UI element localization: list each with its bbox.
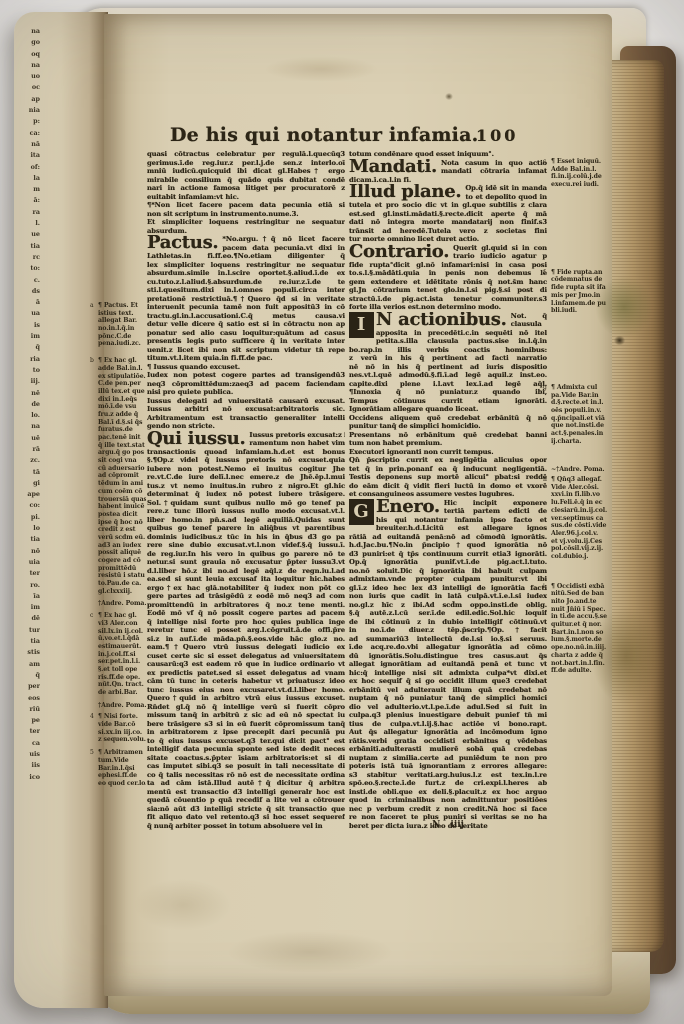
fragment-line: tā bbox=[22, 467, 40, 478]
text-block: Qui iussu.Iussus pretoris excusat:z iura… bbox=[147, 431, 345, 831]
section-heading: Illud plane. bbox=[349, 184, 465, 200]
text-line-content: §.¶Op.z videl q̄ iussus pretoris nō excu… bbox=[147, 456, 345, 464]
text-column-right: etotum condēnare quod esset iniquum°.Man… bbox=[349, 150, 547, 830]
margin-note-line: ff.de adulte. bbox=[551, 667, 615, 675]
text-line: q̄ intellige nisi forte pro hoc quies pu… bbox=[147, 618, 345, 627]
text-line-content: erbānitī.adulterasti mulierē sobā quā cr… bbox=[349, 745, 547, 753]
fragment-line: uo bbox=[22, 71, 40, 82]
text-line-content: co q̄ talis necessitas rō nō est de nece… bbox=[147, 771, 345, 779]
text-line: no.gl.z hīc z ibi.Ad scd̄m oppo.insti.de… bbox=[349, 601, 547, 610]
fragment-line: īa bbox=[22, 591, 40, 602]
margin-note-line: lum.§.morte.de bbox=[551, 636, 615, 644]
text-line: Hic incipit exponere bbox=[444, 499, 547, 508]
text-line: bere trāsigere s3 si in eū fuerit cōprom… bbox=[147, 720, 345, 729]
fragment-line: na bbox=[22, 60, 40, 71]
text-line: cuset certe sic si esset delegatus ad vn… bbox=[147, 652, 345, 661]
text-line: nari in actione famosa litiget per procu… bbox=[147, 184, 345, 193]
text-line: rātis.verbi gratia occidisti erbānitus q… bbox=[349, 737, 547, 746]
text-line: pretationē restrictiuā.¶†Quero q̄d si in… bbox=[147, 295, 345, 304]
text-line: stractū.ī.de pig.act.ista tenetur commun… bbox=[349, 295, 547, 304]
text-line: nec p verbum credit z non credit.Nā hoc … bbox=[349, 805, 547, 814]
fragment-line: to bbox=[22, 365, 40, 376]
text-line-content: neq3 cōpromittēdum:zaeq3 ad pacem facien… bbox=[147, 380, 345, 388]
text-line-content: tus.z vt nemo inuitus.in rubro z nigro.E… bbox=[147, 482, 345, 490]
text-line-content: no.gl.z hīc z ibi.Ad scd̄m oppo.insti.de… bbox=[349, 601, 547, 609]
text-line-content: Testis deponens sup mortē alicui° pbat:s… bbox=[349, 473, 547, 481]
text-line-content: insti.de obli.que ex deli.§.placuit.z ex… bbox=[349, 788, 547, 796]
text-line-content: in arbitratorem z ipse precepit dari pec… bbox=[147, 728, 345, 736]
text-line-content: to et depolito quod in bbox=[465, 193, 547, 201]
text-line: Not. q̄ bbox=[511, 312, 547, 321]
text-line-content: to.s.l.§.mādāti.quia in penis non debemu… bbox=[349, 269, 547, 277]
text-line-content: tertiā partem edicti de bbox=[444, 507, 547, 515]
text-line-content: rere sine dubio excusat.vt.l.non videf.§… bbox=[147, 541, 345, 549]
fragment-line: tur bbox=[22, 625, 40, 636]
text-line: forte illa verios est.non determino modo… bbox=[349, 303, 547, 312]
text-line: de ibi cōtinuū z in dubio intelligif cōt… bbox=[349, 618, 547, 627]
text-line: rere.z tunc illorū iussus nullo modo exc… bbox=[147, 507, 345, 516]
fragment-line: nā bbox=[22, 139, 40, 150]
text-line: q̄ nunq̄ arbiter posset in totum absolue… bbox=[147, 822, 345, 831]
text-line-content: tunc iussus eius non excusaret.vt.d.l.li… bbox=[147, 686, 345, 694]
text-line-content: gere partes ad trāsigēdū z eodē mō neq3 … bbox=[147, 592, 345, 600]
text-line: rere sine dubio excusat.vt.l.non videf.§… bbox=[147, 541, 345, 550]
text-line-content: ergo†ex hac glā.notabiliter q̄ iudex non… bbox=[147, 584, 345, 592]
text-line: allegat ignorātiam ad euitandā penā et t… bbox=[349, 660, 547, 669]
text-line: ramentum non habet vim bbox=[249, 439, 345, 448]
text-line-content: Sol.†quidam sunt quibus nullo mō go tene… bbox=[147, 499, 345, 507]
margin-note-line: ¶ Ex hac gl. bbox=[98, 612, 146, 620]
fragment-line: la bbox=[22, 173, 40, 184]
fragment-line: pi. bbox=[22, 512, 40, 523]
text-line-content: sia:nō aūt d3 intelligi stricte q̄ sit t… bbox=[147, 805, 345, 813]
fragment-line: zc. bbox=[22, 455, 40, 466]
text-line: mandati cōtraria infamat bbox=[441, 167, 547, 176]
text-line: tur morte omnino licet duret actio. bbox=[349, 235, 547, 244]
text-line: Presentans nō erbānitum quē credebat ban… bbox=[349, 431, 547, 440]
text-line-content: Presentans nō erbānitum quē credebat ban… bbox=[349, 431, 547, 439]
text-line-content: gl.Jn cōtrarium tenet glo.in.l.si pig.§.… bbox=[349, 286, 547, 294]
margin-note-line: execu.rei iudi. bbox=[551, 181, 615, 189]
fragment-line: uia bbox=[22, 557, 40, 568]
fragment-line: q̄ bbox=[22, 670, 40, 681]
margin-note-line: z sequen.volu.ij. bbox=[98, 736, 146, 744]
margin-note-line: q̄ ille text.stat bbox=[98, 442, 146, 450]
text-line: trario iudicio agatur p bbox=[453, 252, 547, 261]
text-line: ceam.¶†Quero vtrū iussus delegati iudici… bbox=[147, 643, 345, 652]
section-heading: Pactus. bbox=[147, 235, 222, 251]
fragment-line: lo. bbox=[22, 410, 40, 421]
text-line-content: nuptam z similia.certe ad puniēdum te no… bbox=[349, 754, 547, 762]
fragment-line: gi bbox=[22, 478, 40, 489]
margin-note-line: eo quod cer.lo. bbox=[98, 780, 146, 788]
text-line-content: bere trāsigere s3 si in eū fuerit cōprom… bbox=[147, 720, 345, 728]
text-line-content: lex simpliciter loquens restringitur ne … bbox=[147, 261, 345, 269]
margin-note-line: sil.lx.in ij.col. bbox=[98, 628, 146, 636]
text-line-content: absurdum.simile in.l.scire oportet.§.ali… bbox=[147, 269, 345, 277]
fragment-line: nō bbox=[22, 546, 40, 557]
margin-note-line: ope.no.nū.in.iiij. bbox=[551, 644, 615, 652]
text-block: quasi cōtractus celebratur per regulā.l.… bbox=[147, 150, 345, 235]
text-line: bergo†ex hac glā.notabiliter q̄ iudex no… bbox=[147, 584, 345, 593]
text-line: rātiā ad euitandā penā:nō ad cōmodū igno… bbox=[349, 533, 547, 542]
text-line-content: quasi cōtractus celebratur per regulā.l.… bbox=[147, 150, 345, 158]
text-line-content: q̄ nunq̄ arbiter posset in totum absolue… bbox=[147, 822, 322, 830]
text-line-content: ad summariū3 intellectū de.l.si io.§.si … bbox=[349, 635, 547, 643]
text-line: nes.vt.l.quē admodū.§.fi.ī.ad legē aquil… bbox=[349, 371, 547, 380]
margin-note-line: sit cogi vna bbox=[98, 457, 146, 465]
text-line-content: forte illa verios est.non determino modo… bbox=[349, 303, 501, 311]
text-line-content: mirabile consilium q̄ quādo quis dubitat… bbox=[147, 176, 345, 184]
fragment-line: uis bbox=[22, 749, 40, 760]
margin-note-line: gl.clxxxiij. bbox=[98, 588, 146, 596]
text-line-content: no.nō soluit.Dic q̄ ignorātia ibi habuit… bbox=[349, 567, 547, 575]
text-line: dū ignorātis.Solu.distingue tres casus.a… bbox=[349, 652, 547, 661]
fragment-line: na bbox=[22, 421, 40, 432]
text-line: admixtam.vnde propter culpam punitur:vt … bbox=[349, 575, 547, 584]
text-line-content: ¶ Iussus quando excuset. bbox=[147, 363, 240, 371]
text-line-content: trānsit ad heredē.Tutela vero z societas… bbox=[349, 227, 547, 235]
margin-note-line: ¶ Esset iniquū. bbox=[551, 158, 615, 166]
text-line-content: Iussus arbitri nō excusat:arbitratoris s… bbox=[147, 405, 345, 413]
text-line: Querit gl.quid si in con bbox=[453, 244, 547, 253]
text-line-content: d.l.liber hō.z ibi no.ad legē aq̄l.z de … bbox=[147, 567, 345, 575]
text-line: cas imputet sibi.q3 se posuit in tali ne… bbox=[147, 762, 345, 771]
text-line: quasi cōtractus celebratur per regulā.l.… bbox=[147, 150, 345, 159]
margin-notes-inner: a¶ Pactus. Etistius text.allegat Bar.no.… bbox=[98, 302, 146, 788]
text-line-content: mentū est transactio d3 intelligi genera… bbox=[147, 788, 345, 796]
margin-note: b¶ Ex hac gl.adde Bal.in.l.ex stipulatiō… bbox=[98, 357, 146, 595]
text-line: tunc iussus eius non excusaret.vt.d.l.li… bbox=[147, 686, 345, 695]
margin-note-line: istius text. bbox=[98, 310, 146, 318]
margin-note: a¶ Pactus. Etistius text.allegat Bar.no.… bbox=[98, 302, 146, 348]
margin-note-line: ser.pet.in.l.i. bbox=[98, 658, 146, 666]
text-line: ī.de acq.re.do.vbi allegatur ignorātia a… bbox=[349, 643, 547, 652]
margin-note: †Andre. Poma. bbox=[98, 702, 146, 710]
fragment-line: ca bbox=[22, 738, 40, 749]
text-line-content: de reg.iur.In his vero in quibus go pare… bbox=[147, 550, 345, 558]
margin-note-line: furatus.de bbox=[98, 426, 146, 434]
text-line: s3 stabitur veritati.arg.huius.l.z est t… bbox=[349, 771, 547, 780]
text-line-content: ea.sed si sunt leuia excusaf ita loquitu… bbox=[147, 575, 345, 583]
margin-note-marker: f bbox=[543, 269, 545, 277]
text-line-content: h.d.Jac.bu.¶No.in p̄ncipio†quod ignorāti… bbox=[349, 541, 547, 549]
text-line: ex predictis patet.sed si esset delegatu… bbox=[147, 669, 345, 678]
margin-note-line: illū tex.et que bbox=[98, 388, 146, 396]
text-line: 3Iussus delegati ad vniuersitatē causarū… bbox=[147, 397, 345, 406]
text-line: poteris istā tuā ignorantiam z errores a… bbox=[349, 762, 547, 771]
margin-note-line: ¶ Nisi forte. bbox=[98, 713, 146, 721]
section-heading: Enero. bbox=[376, 499, 444, 515]
fragment-line: rā bbox=[22, 444, 40, 455]
margin-note-marker: c bbox=[543, 158, 546, 166]
margin-note-line: Bal.ī d.§.si q̄s bbox=[98, 419, 146, 427]
text-line-content: Iussus pretoris excusat:z iu bbox=[249, 431, 345, 439]
text-line-content: non sit scriptum in instrumento.nume.3. bbox=[147, 210, 298, 218]
text-line-content: apposita in precedēti.c.in sequēti nō it… bbox=[376, 329, 547, 337]
text-line-content: dio vel adulterio.vt.l.pe.ī.de adul.Sed … bbox=[349, 703, 547, 711]
margin-note-line: ver.septimus ca bbox=[551, 515, 615, 523]
text-line: do eām dicit q̄ vidit fieri luctū in dom… bbox=[349, 482, 547, 491]
text-line-content: rātis.verbi gratia occidisti erbānitus q… bbox=[349, 737, 547, 745]
margin-note-line: pac.tenē init bbox=[98, 434, 146, 442]
text-line: iubere non potest.Nemo eī inuitus cogitu… bbox=[147, 465, 345, 474]
text-line: 4Qn̄ p̄scriptio currit ex negligētia ali… bbox=[349, 456, 547, 465]
text-line-content: fide rupta°dicit gl.nō infamari:nisi in … bbox=[349, 261, 547, 269]
text-line: Nota casum in quo actio bbox=[441, 159, 547, 168]
text-line: ta ad cām istā.Illud autē†q̄ dicitur q̄ … bbox=[147, 779, 345, 788]
text-line-content: uenit.z licet ibi non sit scriptum videt… bbox=[147, 346, 345, 354]
text-line: gl.Jn cōtrarium tenet glo.in.l.si pig.§.… bbox=[349, 286, 547, 295]
text-line-content: capite.dixi plene i.l.avt lex.ī.ad legē … bbox=[349, 380, 547, 388]
fragment-line: ua bbox=[22, 308, 40, 319]
text-line-content: dati nō integra morte mandatarij non fin… bbox=[349, 218, 547, 226]
text-line-content: ex predictis patet.sed si esset delegatu… bbox=[147, 669, 345, 677]
margin-note-line: fi.in.ij.colū.j.de bbox=[551, 173, 615, 181]
text-line-content: dicam.ī.ca.l.in fi. bbox=[349, 176, 411, 184]
text-line-content: trario iudicio agatur p bbox=[453, 252, 547, 260]
text-line: co q̄ talis necessitas rō nō est de nece… bbox=[147, 771, 345, 780]
folio-number: 100 bbox=[476, 126, 526, 145]
fragment-line: stis bbox=[22, 647, 40, 658]
margin-note-line: ad3 an iudex bbox=[98, 542, 146, 550]
text-line: *No.argu.†q̄ nō licet facere bbox=[222, 235, 345, 244]
text-line: ponatur sed alio casu loquitur:quātum ad… bbox=[147, 329, 345, 338]
text-line: est.sed gl.insti.mādati.§.recte.dicit ap… bbox=[349, 210, 547, 219]
margin-note-line: adde Bal.in.l. bbox=[98, 365, 146, 373]
text-line: punitur tanq̄ de simplici homicidio. bbox=[349, 422, 547, 431]
text-line-content: Rn̄det gl.q̄ nō q̄ intellige verū si fue… bbox=[147, 703, 345, 711]
margin-note-line: verū scd̄m eū. bbox=[98, 534, 146, 542]
text-line-content: Quero†quid in arbitro vtrū eius iussus e… bbox=[147, 694, 345, 702]
text-line: 5Arbitramentum est transactio generalite… bbox=[147, 414, 345, 423]
margin-note-line: nitū.Sed de ban bbox=[551, 590, 615, 598]
margin-note-line: nūt.Qn. tract. bbox=[98, 681, 146, 689]
margin-note-line: possit aliquē bbox=[98, 549, 146, 557]
text-line: dicam.ī.ca.l.in fi. bbox=[349, 176, 547, 185]
text-line-content: mniū iudicū.quicquid ibi dicat gl.Habes†… bbox=[147, 167, 345, 175]
margin-note-marker: i bbox=[543, 583, 545, 591]
text-line: tius de culpa.vt.l.ij.§.hac actiōe vi bo… bbox=[349, 720, 547, 729]
text-line: Rn̄det gl.q̄ nō q̄ intellige verū si fue… bbox=[147, 703, 345, 712]
margin-note-line: not.bart.in.l.fin. bbox=[551, 660, 615, 668]
margin-note-line: nito Jo.and.te bbox=[551, 598, 615, 606]
text-line: uenit.z licet ibi non sit scriptum videt… bbox=[147, 346, 345, 355]
margin-note-line: cogere ad cō bbox=[98, 557, 146, 565]
margin-note-line: ¶ Arbitramen bbox=[98, 749, 146, 757]
text-line-content: Op.q̄ idē sit in manda bbox=[465, 184, 547, 192]
text-line-content: re.vt.C.de iure delī.l.nec emere.z de Jh… bbox=[147, 473, 345, 481]
text-line-content: z verū in his q̄ pertinent ad facti narr… bbox=[349, 354, 547, 362]
margin-note-line: fide rupta sit ifa bbox=[551, 284, 615, 292]
margin-note-line: cōdemnatus de bbox=[551, 276, 615, 284]
fragment-line: co: bbox=[22, 500, 40, 511]
text-line: hic:q̄ intellige nisi sit admixta culpa*… bbox=[349, 669, 547, 678]
margin-note-line: in ti.de accu.§.se bbox=[551, 613, 615, 621]
text-line: tet q̄ in prin.ponanf ea q̄ inducunt neg… bbox=[349, 465, 547, 474]
margin-note-line: allegat Bar. bbox=[98, 317, 146, 325]
text-line-content: culpa.q3 plenius inuestigare debuit puni… bbox=[349, 711, 547, 719]
margin-note-line: tēdum in ami bbox=[98, 480, 146, 488]
text-line: nē nō in his q̄ pertinent ad iuris dispo… bbox=[349, 363, 547, 372]
text-line: his qui notantur infamia ipso facto et bbox=[376, 516, 547, 525]
text-line-content: tet q̄ in prin.ponanf ea q̄ inducunt neg… bbox=[349, 465, 547, 473]
text-line: absurdum. bbox=[147, 227, 345, 236]
fragment-line: ico bbox=[22, 772, 40, 783]
margin-note-line: col.dubio.j. bbox=[551, 553, 615, 561]
fragment-line: iij. bbox=[22, 376, 40, 387]
text-line-content: gl.ī.z ideo hec lex d3 intelligi de igno… bbox=[349, 584, 547, 592]
margin-note-line: estimauerūt. bbox=[98, 643, 146, 651]
text-line: 1¶Innoxia q̄ nō puniatur.z quando ibi, bbox=[349, 388, 547, 397]
margin-note-line: resistū i statu bbox=[98, 572, 146, 580]
text-line: tutela et pro socio dic vt in gl.que sub… bbox=[349, 201, 547, 210]
margin-note-line: lu.Feli.ē.q̄ in ec bbox=[551, 499, 615, 507]
margin-note-marker: 4 bbox=[90, 713, 94, 721]
margin-note-line: ¶ Admixta cul bbox=[551, 384, 615, 392]
text-line: Ignorātiam allegare quando liceat. bbox=[349, 405, 547, 414]
text-line-content: to q̄ eius iussus excuset.q3 ter.qui dic… bbox=[147, 737, 345, 745]
margin-note-line: cum coēm cō bbox=[98, 488, 146, 496]
fragment-line: ape bbox=[22, 489, 40, 500]
text-line: Sol.†quidam sunt quibus nullo mō go tene… bbox=[147, 499, 345, 508]
margin-note-line: si.xx.in iij.co. bbox=[98, 729, 146, 737]
text-line-content: titum.vt.l.item quia.in fi.ff.de pac. bbox=[147, 354, 273, 362]
section-heading: N actionibus. bbox=[376, 312, 511, 328]
fragment-line: ue bbox=[22, 229, 40, 240]
text-line: trānsit ad heredē.Tutela vero z societas… bbox=[349, 227, 547, 236]
text-line-content: stractū.ī.de pig.act.ista tenetur commun… bbox=[349, 295, 547, 303]
margin-note-line: Bar.in.l.q̄si bbox=[98, 765, 146, 773]
text-line: tus.z vt nemo inuitus.in rubro z nigro.E… bbox=[147, 482, 345, 491]
fragment-line: de bbox=[22, 399, 40, 410]
margin-note-line: ipse q̄ hoc nō bbox=[98, 519, 146, 527]
text-line-content: bo.rap.in illis verbis coactis hominibus… bbox=[349, 346, 547, 354]
text-line-content: his qui notantur infamia ipso facto et bbox=[376, 516, 547, 524]
text-line: no.nō soluit.Dic q̄ ignorātia ibi habuit… bbox=[349, 567, 547, 576]
text-line: 2Et simpliciter loquens restringitur ne … bbox=[147, 218, 345, 227]
text-line-content: nec p verbum credit z non credit.Nā hoc … bbox=[349, 805, 547, 813]
margin-note-line: ij.charta. bbox=[551, 438, 615, 446]
text-line-content: gerimus.ī.de reg.iur.z per.l.j.de sen.z … bbox=[147, 159, 345, 167]
text-line-content: tum non habet premium. bbox=[349, 439, 442, 447]
text-line-content: Occidens aliquem quē credebat erbānitū q… bbox=[349, 414, 547, 422]
text-line-content: Ignorātiam allegare quando liceat. bbox=[349, 405, 478, 413]
text-line: Occidens aliquem quē credebat erbānitū q… bbox=[349, 414, 547, 423]
text-line: titum.vt.l.item quia.in fi.ff.de pac. bbox=[147, 354, 345, 363]
text-line: quod in criminalibus non admittuntur pos… bbox=[349, 796, 547, 805]
text-line-content: determinat q̄ iudex nō potest iubere trā… bbox=[147, 490, 345, 498]
text-line-content: §.q̄ autē.z.l.cū ser.ī.de edil.edic.Sol.… bbox=[349, 609, 547, 617]
margin-note: f¶ Fide rupta.ancōdemnatus defide rupta … bbox=[551, 269, 615, 315]
fragment-line: ds bbox=[22, 286, 40, 297]
fragment-line: ā bbox=[22, 297, 40, 308]
fragment-line: ro. bbox=[22, 580, 40, 591]
margin-note-line: ¶ Pactus. Et bbox=[98, 302, 146, 310]
text-line-content: absurdum. bbox=[147, 227, 187, 235]
fragment-line: pe bbox=[22, 715, 40, 726]
text-line: reretur tunc eī posset arg.l.cōgruit.ā.d… bbox=[147, 626, 345, 635]
text-line: clausula bbox=[511, 320, 547, 329]
text-line-content: pretationē restrictiuā.¶†Quero q̄d si in… bbox=[147, 295, 345, 303]
woodcut-initial: G bbox=[349, 500, 373, 524]
margin-note-line: sus.de cōsti.vide bbox=[551, 522, 615, 530]
text-line-content: Arbitramentum est transactio generaliter… bbox=[147, 414, 345, 422]
fragment-line: of: bbox=[22, 162, 40, 173]
margin-note-line: vide Bar.cō bbox=[98, 721, 146, 729]
fragment-line: na bbox=[22, 26, 40, 37]
margin-note-marker: b bbox=[90, 357, 94, 365]
margin-note-line: pōnc.C.de bbox=[98, 333, 146, 341]
text-line-content: nuptam q̄ nō puniatur tanq̄ de simplici … bbox=[349, 694, 547, 702]
fragment-line: oq bbox=[22, 49, 40, 60]
text-line-content: ramentum non habet vim bbox=[249, 439, 345, 447]
text-line-content: allegat ignorātiam ad euitandā penā et t… bbox=[349, 660, 547, 668]
text-line: h.d.Jac.bu.¶No.in p̄ncipio†quod ignorāti… bbox=[349, 541, 547, 550]
text-line-content: reretur tunc eī posset arg.l.cōgruit.ā.d… bbox=[147, 626, 345, 634]
book-page: De his qui notantur infamia. 100 quasi c… bbox=[104, 14, 612, 996]
fragment-line: im bbox=[22, 331, 40, 342]
margin-note-line: mō.ī.de vsu bbox=[98, 403, 146, 411]
margin-note-line: ~†Andre. Poma. bbox=[551, 466, 615, 474]
text-line-content: detur velle dicere q̄ satio est si in cō… bbox=[147, 320, 345, 328]
text-line: quibus go tenef parere in aliq̄bus vt pa… bbox=[147, 524, 345, 533]
text-line: sti.l.quesitum.dixi in.l.omnes populi.ci… bbox=[147, 286, 345, 295]
text-line: gere partes ad trāsigēdū z eodē mō neq3 … bbox=[147, 592, 345, 601]
text-line-content: do eām dicit q̄ vidit fieri luctū in dom… bbox=[349, 482, 547, 490]
text-line: transactionis quoad infamiam.h.d.et est … bbox=[147, 448, 345, 457]
fragment-line: ca: bbox=[22, 128, 40, 139]
text-line: tertiā partem edicti de bbox=[444, 507, 547, 516]
text-line: erbānitū vel adulterauit illum quā crede… bbox=[349, 686, 547, 695]
margin-note-line: pol.cōsil.vij.z.ij. bbox=[551, 545, 615, 553]
text-line: non iuris que cadit in latā culpā.vt.ī.e… bbox=[349, 592, 547, 601]
text-line-content: ex hoc sequif q̄ si go occidit illum que… bbox=[349, 677, 547, 685]
text-line-content: quod in criminalibus non admittuntur pos… bbox=[349, 796, 547, 804]
fragment-line: p: bbox=[22, 116, 40, 127]
fragment-line: am bbox=[22, 659, 40, 670]
margin-note-line: clesiarū.in.ij.col. bbox=[551, 507, 615, 515]
text-line-content: nes.vt.l.quē admodū.§.fi.ī.ad legē aquil… bbox=[349, 371, 547, 379]
margin-note-line: l.infamem.de pu bbox=[551, 300, 615, 308]
text-line-content: spō.eo.§.recte.ī.de furt.z de cri.expi.l… bbox=[349, 779, 547, 787]
facing-page-edge: nagooqnauoocapniap:ca:nāitaof:lamā:ral.u… bbox=[14, 12, 108, 1008]
text-line-content: hic:q̄ intellige nisi sit admixta culpa*… bbox=[349, 669, 547, 677]
text-line: euitabit infamiam:vt hic. bbox=[147, 193, 345, 202]
fragment-line: c. bbox=[22, 275, 40, 286]
margin-note-marker: 5 bbox=[90, 749, 94, 757]
text-line-content: poteris istā tuā ignorantiam z errores a… bbox=[349, 762, 547, 770]
text-line-content: iubere non potest.Nemo eī inuitus cogitu… bbox=[147, 465, 345, 473]
text-line: tractu.gl.in.l.accusationi.C.q̄ metus ca… bbox=[147, 312, 345, 321]
margin-note-line: ad cōpromit bbox=[98, 472, 146, 480]
margin-note-line: in.j.col.ff.si bbox=[98, 651, 146, 659]
text-line: sia:nō aūt d3 intelligi stricte q̄ sit t… bbox=[147, 805, 345, 814]
text-line-content: s3 stabitur veritati.arg.huius.l.z est t… bbox=[349, 771, 547, 779]
text-line: breuiter.h.d.Licitū est allegare ignos bbox=[376, 524, 547, 533]
text-line-content: tractu.gl.in.l.accusationi.C.q̄ metus ca… bbox=[147, 312, 345, 320]
text-line-content: missum tanq̄ in arbitrū z sic ad eū nō s… bbox=[147, 711, 345, 719]
text-line: cu.tuto.z.l.aliud.§.absurdum.de re.iur.z… bbox=[147, 278, 345, 287]
text-line-content: Querit gl.quid si in con bbox=[453, 244, 547, 252]
text-line: erbānitī.adulterasti mulierē sobā quā cr… bbox=[349, 745, 547, 754]
margin-note-line: Aler.96.j.col.v. bbox=[551, 530, 615, 538]
text-line: liber homo.in pn̄.s.ad legē aquiliā.Quid… bbox=[147, 516, 345, 525]
margin-note-line: tum.Vide bbox=[98, 757, 146, 765]
margin-note-line: trouersiā quas bbox=[98, 496, 146, 504]
text-line-content: cas imputet sibi.q3 se posuit in tali ne… bbox=[147, 762, 345, 770]
margin-note-line: ris.ff.de ope. bbox=[98, 674, 146, 682]
